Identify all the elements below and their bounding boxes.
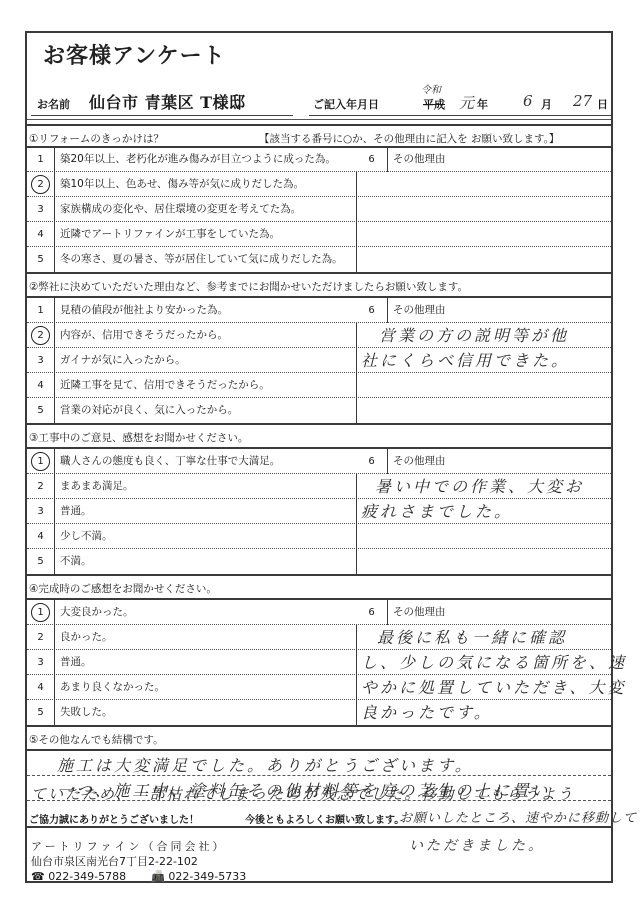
name-underline [31, 115, 293, 116]
fax-number: 022-349-5733 [168, 870, 246, 883]
column-divider [356, 373, 357, 398]
day-unit: 日 [597, 96, 608, 112]
option-text: 家族構成の変化や、居住環境の変更を考えてた為。 [60, 197, 301, 222]
comment-text: お願いしたところ、速やかに移動して [399, 807, 637, 826]
page-title: お客様アンケート [43, 39, 226, 70]
name-field[interactable]: 仙台市 青葉区 T様邸 [89, 90, 246, 113]
section-5-header: ⑤その他なんでも結構です。 [27, 725, 611, 751]
option-row[interactable]: 4 近隣工事を見て、信用できそうだったから。 [27, 373, 611, 398]
option-number: 5 [27, 398, 55, 423]
option-text: 職人さんの態度も良く、丁寧な仕事で大満足。 [60, 449, 280, 474]
option-text: ガイナが気に入ったから。 [60, 348, 186, 373]
option-text: 見積の値段が他社より安かった為。 [60, 298, 228, 323]
option-number-circled: 2 [27, 172, 55, 197]
option-number: 4 [27, 675, 55, 700]
column-divider [356, 348, 357, 373]
other-number: 6 [356, 147, 388, 172]
handwritten-answer: 最後に私も一緒に確認 [377, 625, 567, 648]
option-number: 5 [27, 247, 55, 272]
other-label: その他理由 [393, 600, 446, 625]
option-number: 4 [27, 222, 55, 247]
option-text: 大変良かった。 [60, 600, 134, 625]
option-text: 不満。 [60, 549, 92, 574]
divider [27, 119, 611, 120]
option-row[interactable]: 4 少し不満。 [27, 524, 611, 549]
column-divider [356, 625, 357, 650]
option-row[interactable]: 1 築20年以上、老朽化が進み傷みが目立つように成った為。 6 その他理由 [27, 147, 611, 172]
handwritten-answer: 営業の方の説明等が他 [379, 323, 569, 346]
comment-text: いただきました。 [409, 835, 545, 855]
era-printed: 平成 [423, 96, 445, 112]
year-unit: 年 [477, 96, 488, 112]
phone-number: 022-349-5788 [48, 870, 126, 883]
era-handwritten: 令和 [421, 81, 441, 96]
option-number: 3 [27, 499, 55, 524]
option-number: 2 [27, 474, 55, 499]
option-text: あまり良くなかった。 [60, 675, 165, 700]
column-divider [356, 524, 357, 549]
company-contact: ☎ 022-349-5788 📠 022-349-5733 [31, 869, 246, 884]
option-text: 近隣工事を見て、信用できそうだったから。 [60, 373, 270, 398]
option-number: 5 [27, 700, 55, 725]
option-text: 近隣でアートリファインが工事をしていた為。 [60, 222, 280, 247]
option-text: 普通。 [60, 499, 92, 524]
thanks-message: ご協力誠にありがとうございました！ [29, 811, 199, 826]
section-heading: ④完成時のご感想をお聞かせください。 [29, 583, 217, 595]
column-divider [356, 675, 357, 700]
column-divider [356, 323, 357, 348]
option-text: 築10年以上、色あせ、傷み等が気に成りだした為。 [60, 172, 304, 197]
option-number: 1 [27, 298, 55, 323]
option-number: 2 [27, 625, 55, 650]
other-number: 6 [356, 449, 388, 474]
section-heading: ②弊社に決めていただいた理由など、参考までにお聞かせいただけましたらお願い致しま… [29, 281, 468, 293]
thanks-row: ご協力誠にありがとうございました！ 今後ともよろしくお願い致します。 お願いした… [27, 807, 611, 828]
option-text: 失敗した。 [60, 700, 113, 725]
option-number: 5 [27, 549, 55, 574]
option-number: 4 [27, 524, 55, 549]
option-text: 内容が、信用できそうだったから。 [60, 323, 228, 348]
section-heading: ③工事中のご意見、感想をお聞かせください。 [29, 432, 248, 444]
day-field[interactable]: 27 [573, 92, 592, 110]
column-divider [356, 398, 357, 423]
date-underline [309, 115, 611, 116]
handwritten-answer: 疲れさまでした。 [361, 499, 513, 522]
phone-icon: ☎ [31, 870, 45, 883]
option-row[interactable]: 5 失敗した。 [27, 700, 611, 725]
option-row[interactable]: 5 冬の寒さ、夏の暑さ、等が居住していて気に成りだした為。 [27, 247, 611, 272]
handwritten-answer: し、少しの気になる箇所を、速 [361, 650, 627, 673]
option-text: 営業の対応が良く、気に入ったから。 [60, 398, 238, 423]
option-row[interactable]: 1 職人さんの態度も良く、丁寧な仕事で大満足。 6 その他理由 [27, 449, 611, 474]
option-text: 少し不満。 [60, 524, 113, 549]
option-text: まあまあ満足。 [60, 474, 134, 499]
option-row[interactable]: 3 家族構成の変化や、居住環境の変更を考えてた為。 [27, 197, 611, 222]
other-number: 6 [356, 298, 388, 323]
other-number: 6 [356, 600, 388, 625]
year-field[interactable]: 元 [459, 92, 474, 113]
option-number: 3 [27, 348, 55, 373]
section-4-header: ④完成時のご感想をお聞かせください。 [27, 574, 611, 600]
option-number: 4 [27, 373, 55, 398]
option-text: 良かった。 [60, 625, 113, 650]
section-2-header: ②弊社に決めていただいた理由など、参考までにお聞かせいただけましたらお願い致しま… [27, 272, 611, 298]
column-divider [356, 650, 357, 675]
section-1-header: ①リフォームのきっかけは？ 【該当する番号に○か、その他理由に記入を お願い致し… [27, 124, 611, 148]
option-text: 冬の寒さ、夏の暑さ、等が居住していて気に成りだした為。 [60, 247, 343, 272]
section-heading: ⑤その他なんでも結構です。 [29, 734, 164, 746]
fax-icon: 📠 [151, 870, 165, 883]
option-row[interactable]: 2 築10年以上、色あせ、傷み等が気に成りだした為。 [27, 172, 611, 197]
section-3-header: ③工事中のご意見、感想をお聞かせください。 [27, 423, 611, 449]
company-name: アートリファイン（合同会社） [31, 839, 246, 854]
option-number-circled: 1 [27, 449, 55, 474]
column-divider [356, 172, 357, 197]
month-field[interactable]: 6 [523, 92, 533, 110]
column-divider [356, 222, 357, 247]
option-number: 1 [27, 147, 55, 172]
option-number: 3 [27, 197, 55, 222]
section-heading: ①リフォームのきっかけは？ [29, 133, 164, 145]
handwritten-answer: 社にくらべ信用できた。 [361, 348, 570, 371]
handwritten-answer: やかに処置していただき、大変 [361, 675, 626, 698]
option-text: 普通。 [60, 650, 92, 675]
option-number: 3 [27, 650, 55, 675]
instruction-note: 【該当する番号に○か、その他理由に記入を お願い致します。】 [259, 131, 559, 146]
survey-sheet: お客様アンケート お名前 仙台市 青葉区 T様邸 ご記入年月日 令和 平成 元 … [25, 31, 613, 883]
other-label: その他理由 [393, 147, 446, 172]
option-row[interactable]: 4 近隣でアートリファインが工事をしていた為。 [27, 222, 611, 247]
column-divider [356, 197, 357, 222]
company-info: アートリファイン（合同会社） 仙台市泉区南光台7丁目2-22-102 ☎ 022… [31, 839, 246, 884]
name-label: お名前 [37, 96, 70, 112]
option-row[interactable]: 3 普通。 [27, 499, 611, 524]
option-number-circled: 2 [27, 323, 55, 348]
month-unit: 月 [541, 96, 552, 112]
handwritten-answer: 暑い中での作業、大変お [375, 474, 584, 497]
company-address: 仙台市泉区南光台7丁目2-22-102 [31, 854, 246, 869]
column-divider [356, 474, 357, 499]
regards-message: 今後ともよろしくお願い致します。 [245, 811, 404, 826]
comment-line: 施工は大変満足でした。ありがとうございます。 [27, 751, 611, 776]
other-label: その他理由 [393, 449, 446, 474]
date-label: ご記入年月日 [313, 96, 379, 112]
handwritten-answer: 良かったです。 [361, 700, 493, 723]
column-divider [356, 700, 357, 725]
column-divider [356, 549, 357, 574]
option-row[interactable]: 5 不満。 [27, 549, 611, 574]
other-label: その他理由 [393, 298, 446, 323]
option-number-circled: 1 [27, 600, 55, 625]
column-divider [356, 499, 357, 524]
option-row[interactable]: 5 営業の対応が良く、気に入ったから。 [27, 398, 611, 423]
option-row[interactable]: 1 大変良かった。 6 その他理由 [27, 600, 611, 625]
column-divider [356, 247, 357, 272]
option-row[interactable]: 1 見積の値段が他社より安かった為。 6 その他理由 [27, 298, 611, 323]
option-text: 築20年以上、老朽化が進み傷みが目立つように成った為。 [60, 147, 336, 172]
comment-text: ていたため、一部枯れてしまったのが残念でした。移動してもらうよう [31, 783, 574, 804]
